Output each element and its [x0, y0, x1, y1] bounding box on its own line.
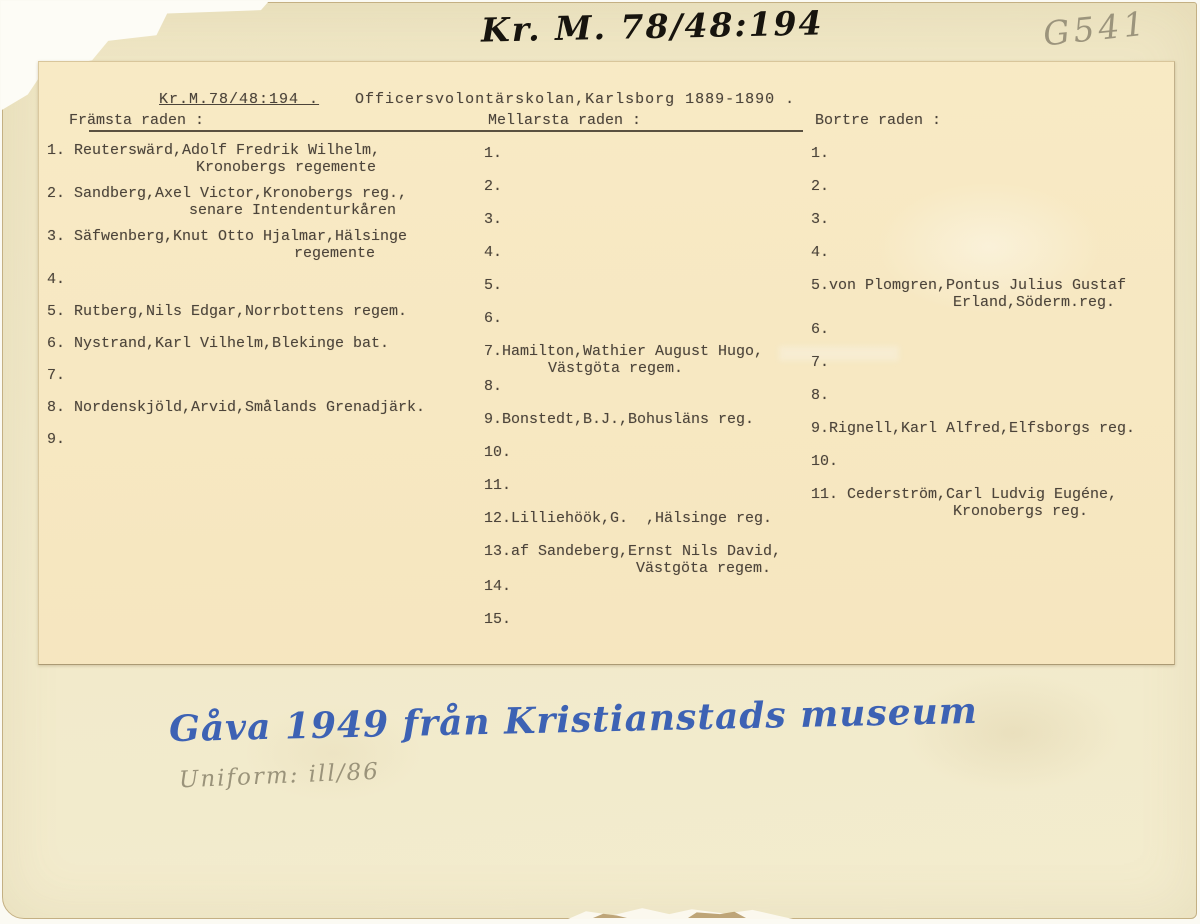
list-item: 3.	[484, 211, 814, 228]
column-back-row: Bortre raden : 1. 2. 3. 4. 5.von Plomgre…	[811, 112, 1181, 530]
handwritten-pencil-note: Uniform: ill/86	[179, 759, 381, 794]
list-item: 4.	[47, 271, 482, 288]
list-item: 12.Lilliehöök,G. ,Hälsinge reg.	[484, 510, 814, 527]
list-item: 13.af Sandeberg,Ernst Nils David,Västgöt…	[484, 543, 814, 577]
column-front-row: Främsta raden : 1. Reuterswärd,Adolf Fre…	[47, 112, 482, 463]
handwritten-accession-number: Kr. M. 78/48:194	[481, 3, 824, 49]
list-item: 6. Nystrand,Karl Vilhelm,Blekinge bat.	[47, 335, 482, 352]
typed-label: Kr.M.78/48:194 .Officersvolontärskolan,K…	[38, 61, 1175, 665]
list-item: 5.von Plomgren,Pontus Julius GustafErlan…	[811, 277, 1181, 311]
list-item: 3. Säfwenberg,Knut Otto Hjalmar,Hälsinge…	[47, 228, 482, 262]
label-title: Officersvolontärskolan,Karlsborg 1889-18…	[355, 91, 795, 108]
list-item: 2.	[811, 178, 1181, 195]
list-item: 11. Cederström,Carl Ludvig Eugéne,Kronob…	[811, 486, 1181, 520]
list-item: 7.Hamilton,Wathier August Hugo,Västgöta …	[484, 343, 814, 377]
list-item: 7.	[47, 367, 482, 384]
list-item: 11.	[484, 477, 814, 494]
column-header: Mellarsta raden :	[484, 112, 814, 129]
list-item: 1.	[484, 145, 814, 162]
list-item: 2.	[484, 178, 814, 195]
list-item: 10.	[484, 444, 814, 461]
list-item: 14.	[484, 578, 814, 595]
column-header: Bortre raden :	[811, 112, 1181, 129]
list-item: 9.Rignell,Karl Alfred,Elfsborgs reg.	[811, 420, 1181, 437]
photo-card-back: Kr. M. 78/48:194 G541 Kr.M.78/48:194 .Of…	[2, 2, 1197, 919]
list-item: 15.	[484, 611, 814, 628]
list-item: 9.Bonstedt,B.J.,Bohusläns reg.	[484, 411, 814, 428]
list-item: 3.	[811, 211, 1181, 228]
handwritten-donation-note: Gåva 1949 från Kristianstads museum	[169, 690, 979, 750]
column-middle-row: Mellarsta raden : 1. 2. 3. 4. 5. 6. 7.Ha…	[484, 112, 814, 644]
list-item: 4.	[484, 244, 814, 261]
label-accession-number: Kr.M.78/48:194 .	[159, 91, 319, 108]
list-item: 10.	[811, 453, 1181, 470]
list-item: 9.	[47, 431, 482, 448]
list-item: 5.	[484, 277, 814, 294]
column-header: Främsta raden :	[47, 112, 482, 129]
list-item: 1. Reuterswärd,Adolf Fredrik Wilhelm,Kro…	[47, 142, 482, 176]
list-item: 7.	[811, 354, 1181, 371]
list-item: 8.	[811, 387, 1181, 404]
list-item: 6.	[484, 310, 814, 327]
list-item: 1.	[811, 145, 1181, 162]
list-item: 8. Nordenskjöld,Arvid,Smålands Grenadjär…	[47, 399, 482, 416]
list-item: 5. Rutberg,Nils Edgar,Norrbottens regem.	[47, 303, 482, 320]
list-item: 8.	[484, 378, 814, 395]
list-item: 2. Sandberg,Axel Victor,Kronobergs reg.,…	[47, 185, 482, 219]
pencil-archive-mark: G541	[1041, 4, 1150, 54]
list-item: 6.	[811, 321, 1181, 338]
list-item: 4.	[811, 244, 1181, 261]
